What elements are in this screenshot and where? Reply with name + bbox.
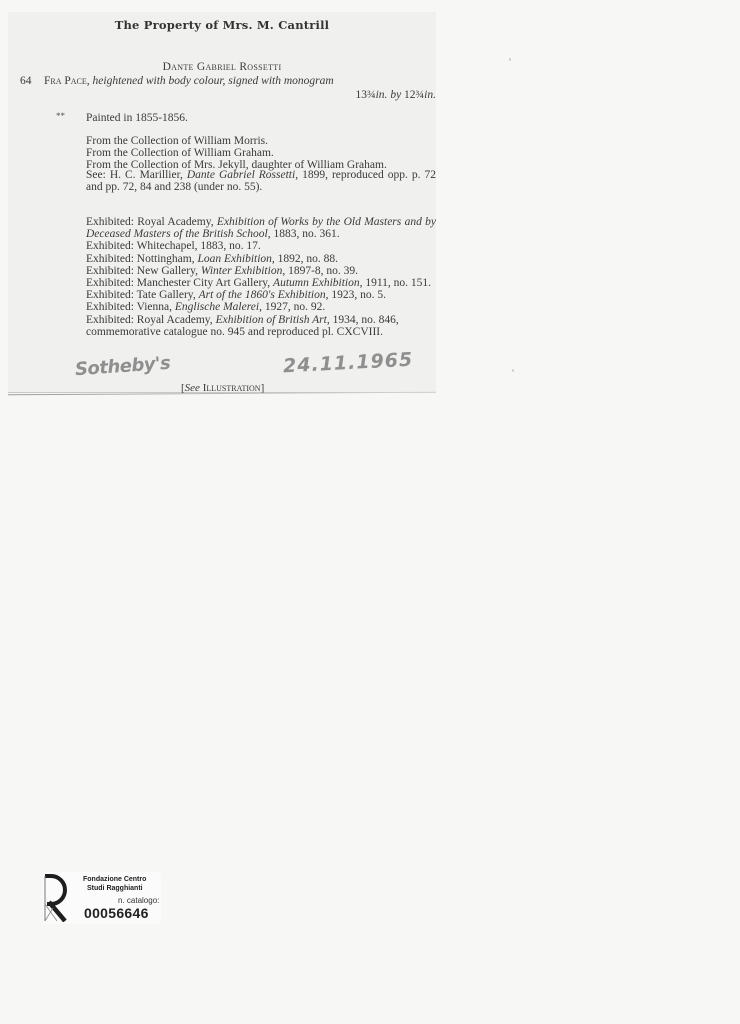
exhibition-item: Exhibited: Whitechapel, 1883, no. 17. bbox=[86, 240, 436, 252]
artwork-description: , heightened with body colour, signed wi… bbox=[87, 75, 334, 87]
lot-line: 64Fra Pace, heightened with body colour,… bbox=[20, 75, 334, 87]
ragghianti-r-logo-icon bbox=[43, 874, 69, 922]
asterisk-icon: ** bbox=[56, 112, 86, 120]
catalogue-number-label: n. catalogo: bbox=[118, 896, 159, 905]
artist-name: Dante Gabriel Rossetti bbox=[8, 61, 436, 73]
lot-number: 64 bbox=[20, 75, 44, 87]
catalogue-clipping: The Property of Mrs. M. Cantrill Dante G… bbox=[8, 12, 436, 392]
owner-heading: The Property of Mrs. M. Cantrill bbox=[8, 18, 436, 32]
exhibition-item: Exhibited: Royal Academy, Exhibition of … bbox=[86, 216, 436, 240]
literature-reference: See: H. C. Marillier, Dante Gabriel Ross… bbox=[86, 169, 436, 193]
provenance-item: From the Collection of William Graham. bbox=[86, 147, 436, 159]
exhibition-history: Exhibited: Royal Academy, Exhibition of … bbox=[86, 216, 436, 338]
provenance-list: From the Collection of William Morris. F… bbox=[86, 135, 436, 172]
artwork-dimensions: 13¾in. by 12¾in. bbox=[355, 89, 436, 101]
institution-name-line2: Studi Ragghianti bbox=[87, 885, 143, 892]
exhibition-item: Exhibited: Vienna, Englische Malerei, 19… bbox=[86, 301, 436, 313]
see-illustration-note: [See Illustration] bbox=[181, 382, 264, 394]
archive-catalogue-label: Fondazione Centro Studi Ragghianti n. ca… bbox=[43, 872, 161, 924]
painted-date: **Painted in 1855-1856. bbox=[56, 112, 188, 124]
paper-speck bbox=[512, 369, 514, 372]
provenance-item: From the Collection of William Morris. bbox=[86, 135, 436, 147]
exhibition-item: Exhibited: New Gallery, Winter Exhibitio… bbox=[86, 265, 436, 277]
institution-name-line1: Fondazione Centro bbox=[83, 876, 146, 883]
exhibition-item: Exhibited: Tate Gallery, Art of the 1860… bbox=[86, 289, 436, 301]
catalogue-number: 00056646 bbox=[84, 905, 149, 921]
artwork-title: Fra Pace bbox=[44, 75, 87, 87]
paper-speck bbox=[509, 58, 511, 61]
exhibition-item: Exhibited: Manchester City Art Gallery, … bbox=[86, 277, 436, 289]
exhibition-item: Exhibited: Royal Academy, Exhibition of … bbox=[86, 314, 436, 338]
exhibition-item: Exhibited: Nottingham, Loan Exhibition, … bbox=[86, 253, 436, 265]
